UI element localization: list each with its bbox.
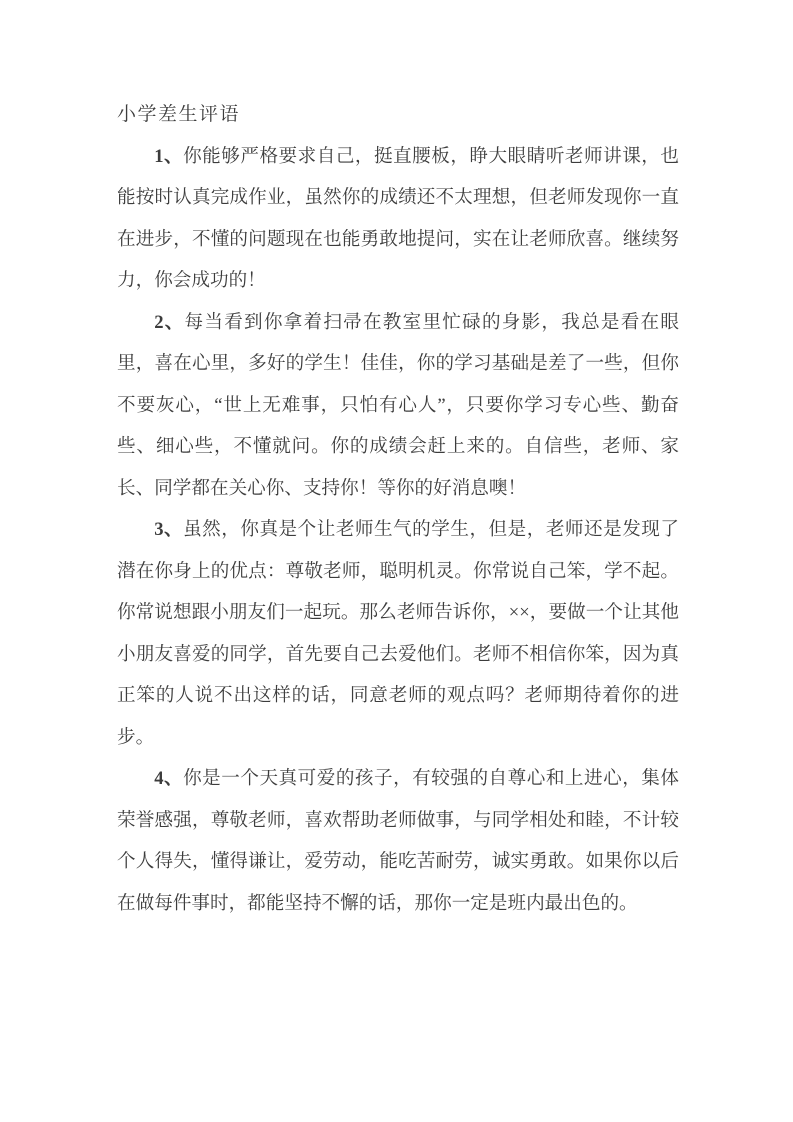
paragraph-4-number: 4、 [154,768,183,789]
paragraph-3: 3、虽然，你真是个让老师生气的学生，但是，老师还是发现了潜在你身上的优点：尊敬老… [117,509,679,758]
paragraph-2-number: 2、 [154,312,184,333]
paragraph-2-text: 每当看到你拿着扫帚在教室里忙碌的身影，我总是看在眼里，喜在心里，多好的学生！佳佳… [117,312,679,499]
document-title: 小学差生评语 [117,94,679,136]
paragraph-1-text: 你能够严格要求自己，挺直腰板，睁大眼睛听老师讲课，也能按时认真完成作业，虽然你的… [117,146,679,292]
paragraph-4: 4、你是一个天真可爱的孩子，有较强的自尊心和上进心，集体荣誉感强，尊敬老师，喜欢… [117,758,679,924]
paragraph-1-number: 1、 [154,146,183,167]
paragraph-1: 1、你能够严格要求自己，挺直腰板，睁大眼睛听老师讲课，也能按时认真完成作业，虽然… [117,136,679,302]
document-background: { "page": { "background_color": "#ffffff… [0,0,793,1122]
paragraph-3-number: 3、 [154,519,183,540]
paragraph-3-text: 虽然，你真是个让老师生气的学生，但是，老师还是发现了潜在你身上的优点：尊敬老师，… [117,519,679,748]
paragraph-4-text: 你是一个天真可爱的孩子，有较强的自尊心和上进心，集体荣誉感强，尊敬老师，喜欢帮助… [117,768,679,914]
document-page: 小学差生评语 1、你能够严格要求自己，挺直腰板，睁大眼睛听老师讲课，也能按时认真… [117,94,679,924]
paragraph-2: 2、每当看到你拿着扫帚在教室里忙碌的身影，我总是看在眼里，喜在心里，多好的学生！… [117,302,679,510]
